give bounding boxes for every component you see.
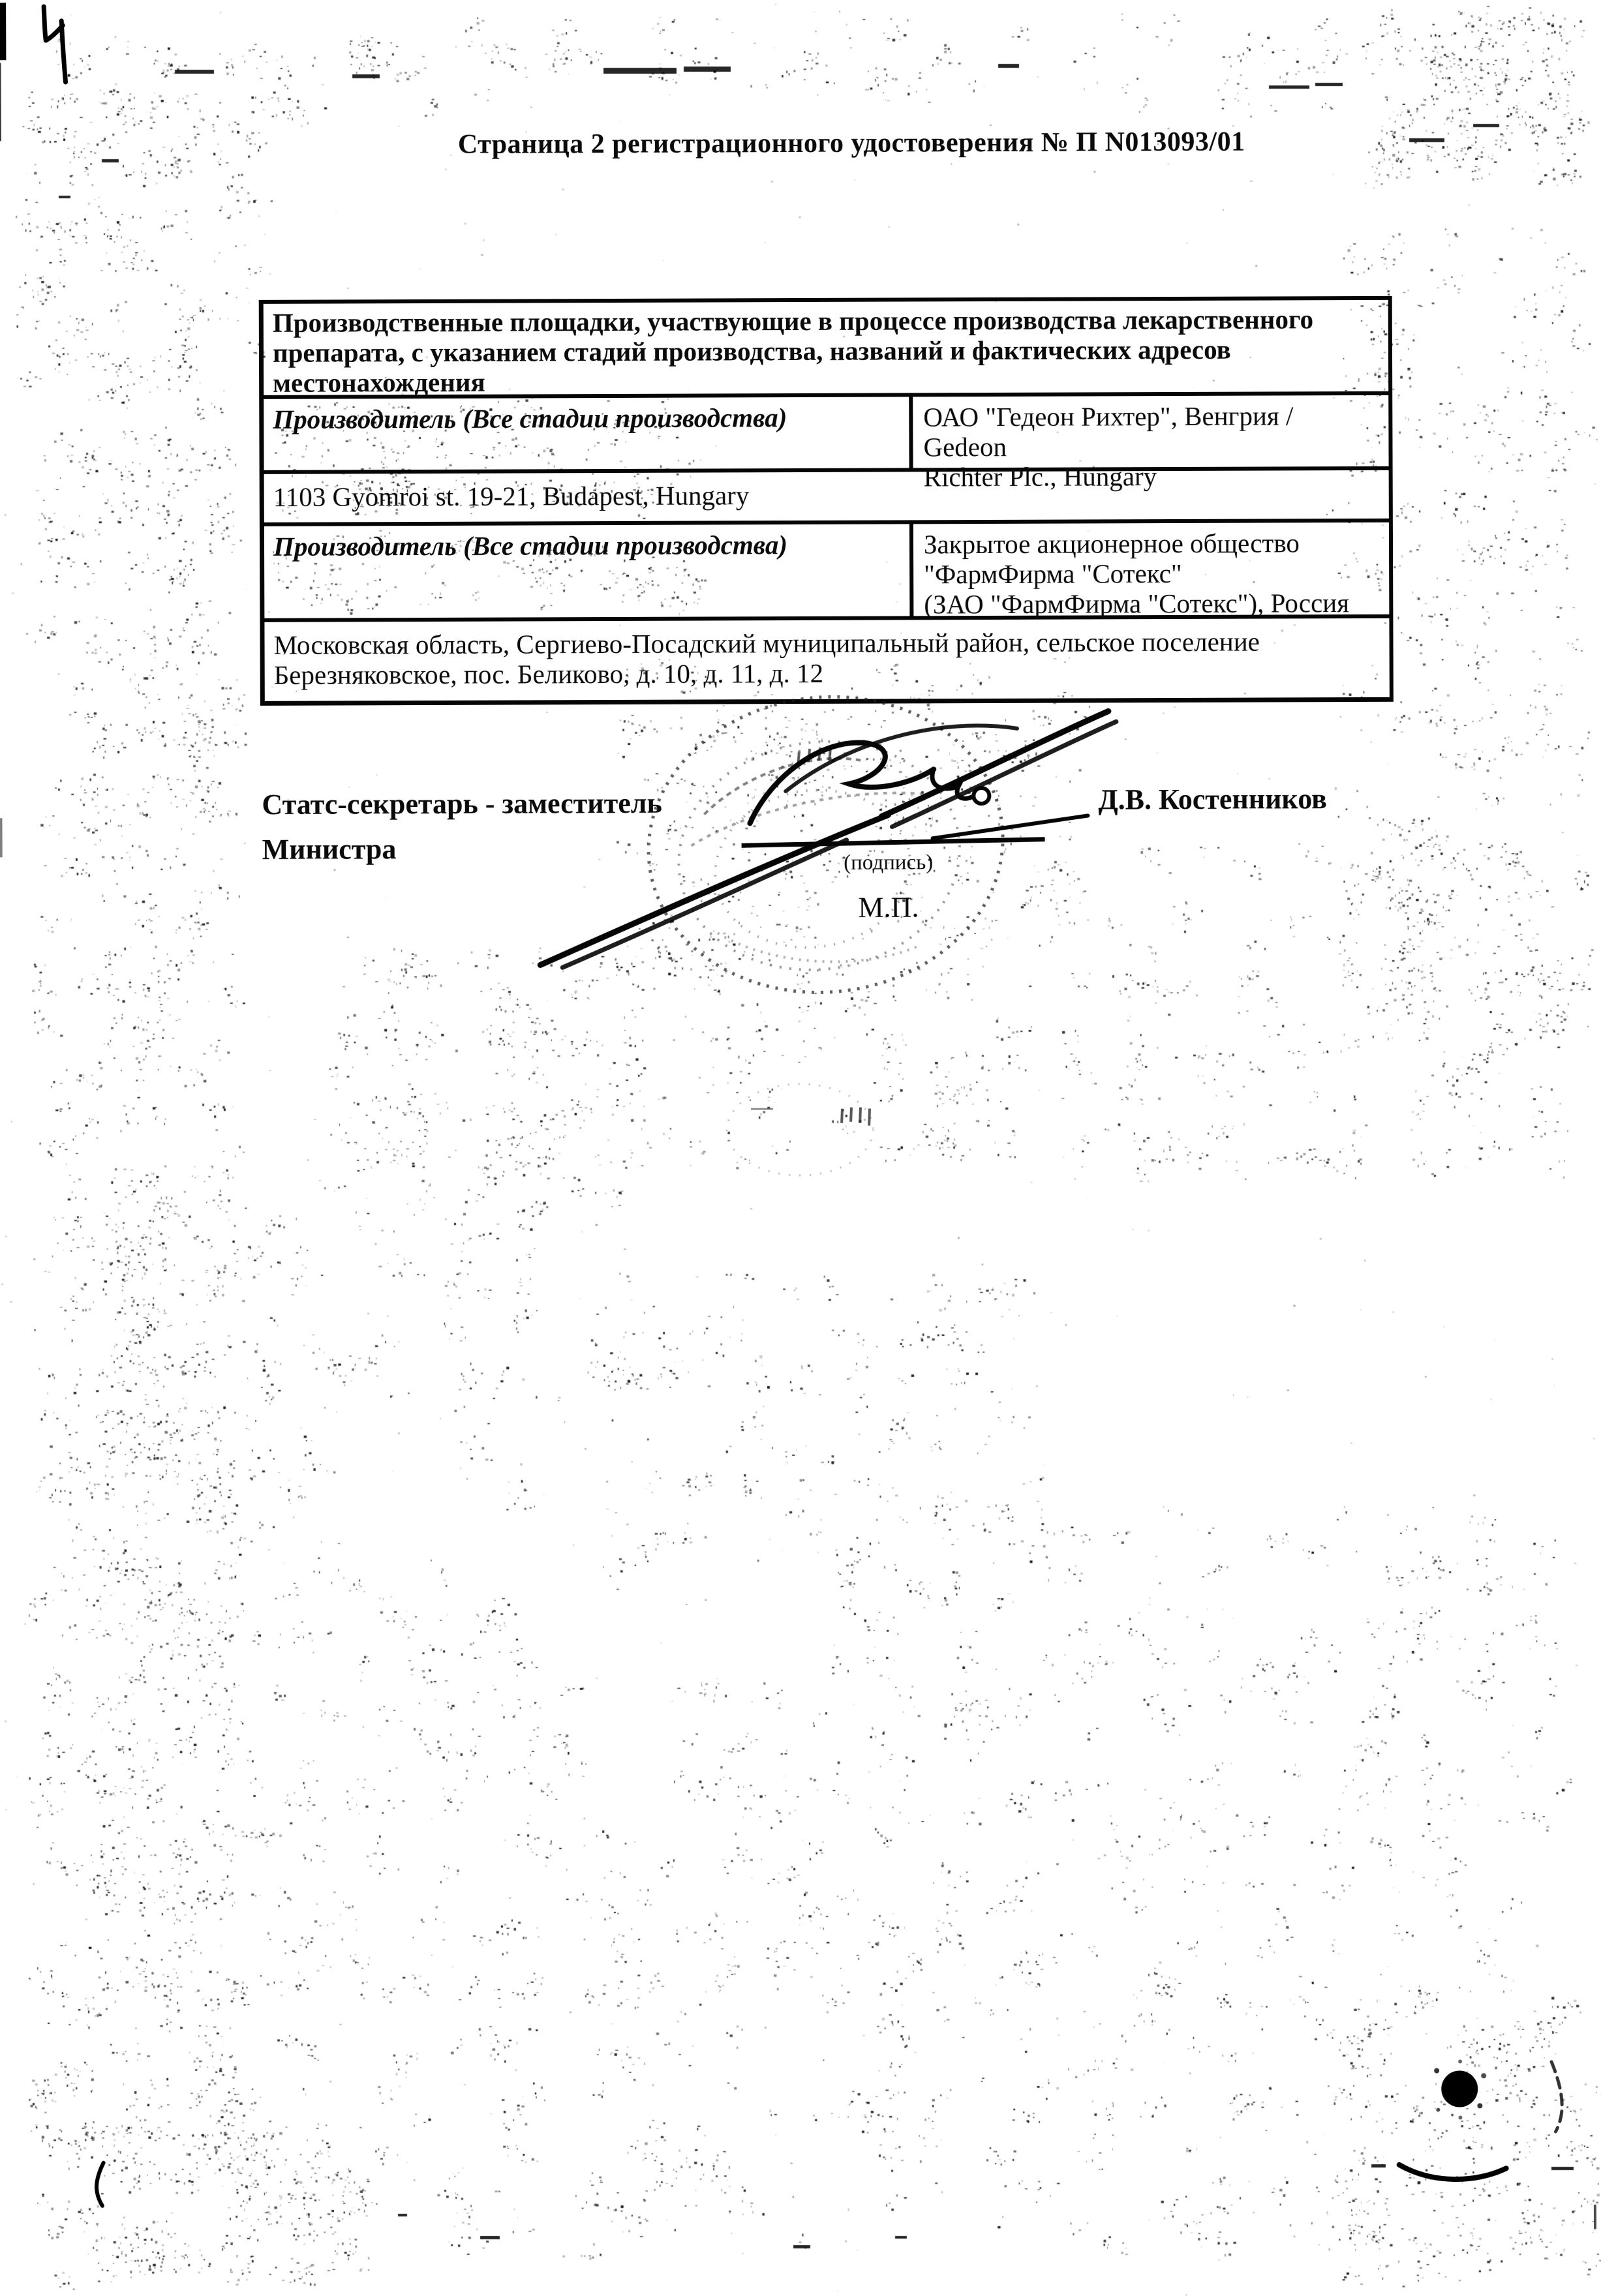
signatory-name: Д.В. Костенников xyxy=(1098,782,1327,816)
manufacturer-name-2: Закрытое акционерное общество "ФармФирма… xyxy=(913,522,1389,616)
hole-punch-mark xyxy=(1434,2059,1486,2119)
manufacturer-role-1: Производитель (Все стадии производства) xyxy=(264,397,913,470)
table-header-cell: Производственные площадки, участвующие в… xyxy=(264,300,1388,399)
faint-stamp-remnant xyxy=(727,1084,873,1176)
manufacturer-address-2: Московская область, Сергиево-Посадский м… xyxy=(264,618,1389,701)
manufacturer-role-2: Производитель (Все стадии производства) xyxy=(264,524,913,618)
handwritten-page-number: 4 xyxy=(44,7,65,82)
seal-caption: М.П. xyxy=(843,890,934,924)
scan-edge-artifact xyxy=(0,3,9,857)
scanned-document-page: Страница 2 регистрационного удостоверени… xyxy=(0,0,1601,2296)
signature-line xyxy=(742,839,1045,846)
production-sites-table: Производственные площадки, участвующие в… xyxy=(259,296,1394,706)
signature-caption: (подпись) xyxy=(817,851,960,875)
table-row: Производитель (Все стадии производства) … xyxy=(264,395,1388,474)
signatory-title: Статс-секретарь - заместитель Министра xyxy=(262,781,662,872)
manufacturer-address-1: 1103 Gyomroi st. 19-21, Budapest, Hungar… xyxy=(264,470,1389,526)
table-row: Производитель (Все стадии производства) … xyxy=(264,522,1390,622)
page-header-title: Страница 2 регистрационного удостоверени… xyxy=(458,127,1245,160)
manufacturer-name-1: ОАО "Гедеон Рихтер", Венгрия / Gedeon Ri… xyxy=(913,395,1388,468)
official-stamp-icon xyxy=(633,679,1018,1010)
pen-mark xyxy=(96,2062,1595,2233)
document-content: Страница 2 регистрационного удостоверени… xyxy=(0,0,1601,2296)
